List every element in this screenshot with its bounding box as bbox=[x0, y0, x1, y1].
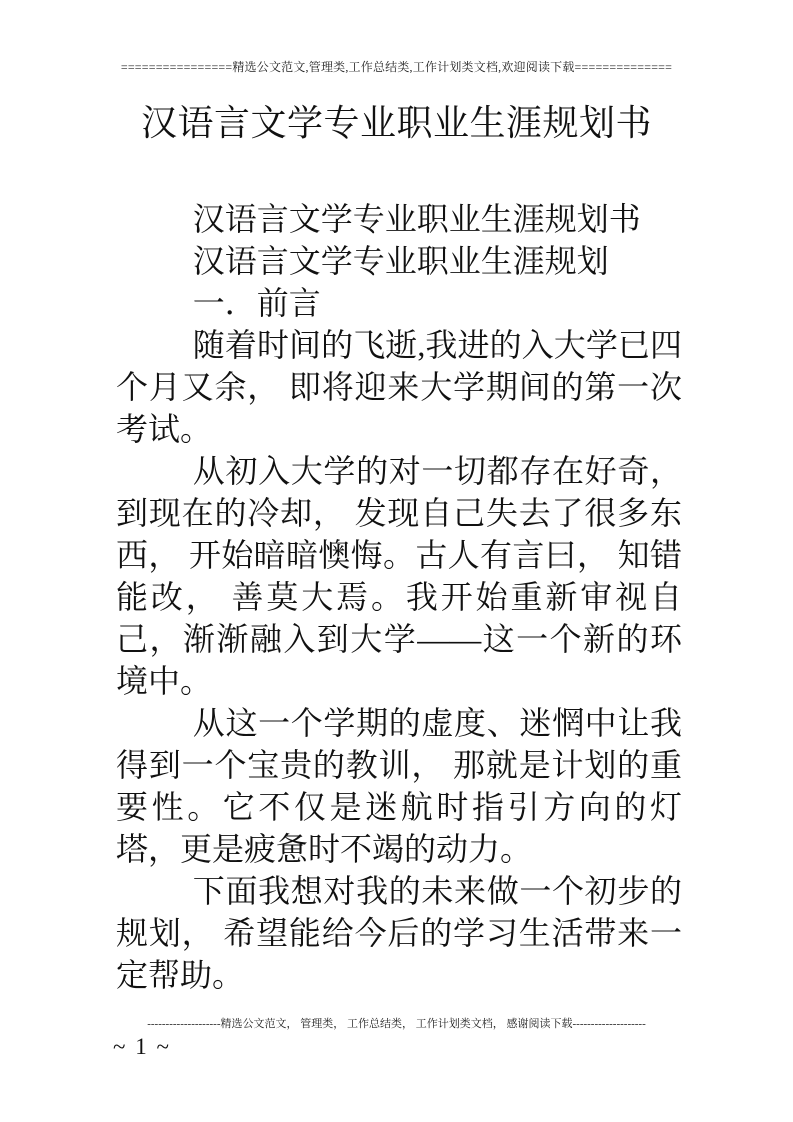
document-title: 汉语言文学专业职业生涯规划书 bbox=[113, 98, 680, 148]
paragraph: 一．前言 bbox=[116, 282, 682, 324]
paragraph: 汉语言文学专业职业生涯规划 bbox=[116, 240, 682, 282]
document-page: ================精选公文范文,管理类,工作总结类,工作计划类文档… bbox=[0, 0, 793, 1122]
paragraph: 从这一个学期的虚度、迷惘中让我得到一个宝贵的教训， 那就是计划的重要性。它不仅是… bbox=[116, 702, 682, 870]
paragraph: 从初入大学的对一切都存在好奇，到现在的冷却， 发现自己失去了很多东西， 开始暗暗… bbox=[116, 450, 682, 702]
document-body: 汉语言文学专业职业生涯规划书汉语言文学专业职业生涯规划一．前言随着时间的飞逝,我… bbox=[116, 198, 682, 996]
header-note: ================精选公文范文,管理类,工作总结类,工作计划类文档… bbox=[56, 58, 737, 76]
footer-note: --------------------精选公文范文， 管理类， 工作总结类， … bbox=[56, 1016, 737, 1032]
paragraph: 汉语言文学专业职业生涯规划书 bbox=[116, 198, 682, 240]
paragraph: 随着时间的飞逝,我进的入大学已四个月又余， 即将迎来大学期间的第一次考试。 bbox=[116, 324, 682, 450]
paragraph: 下面我想对我的未来做一个初步的规划， 希望能给今后的学习生活带来一定帮助。 bbox=[116, 870, 682, 996]
page-number: ~ 1 ~ bbox=[113, 1032, 171, 1062]
